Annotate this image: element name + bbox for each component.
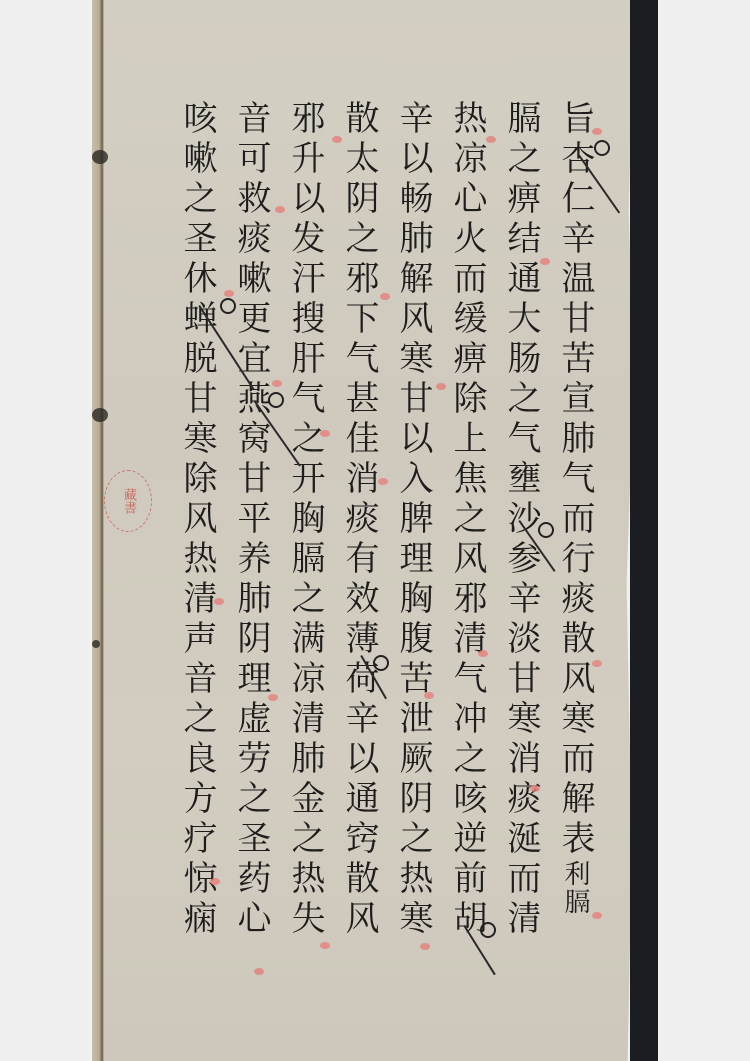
column-text: 热凉心火而缓痹除上焦之风邪清气冲之咳逆前胡 (447, 100, 487, 940)
red-annotation-dot (592, 660, 602, 667)
binding-thread-knot (92, 408, 108, 422)
column-tail-text: 利膈 (560, 860, 590, 916)
red-annotation-dot (530, 785, 540, 792)
binding-thread-knot (92, 150, 108, 164)
punctuation-circle-mark (268, 392, 284, 408)
punctuation-circle-mark (594, 140, 610, 156)
column-text: 散太阴之邪下气甚佳消痰有效薄荷辛以通窍散风 (339, 100, 379, 940)
column-text: 旨杏仁辛温甘苦宣肺气而行痰散风寒而解表 (555, 100, 595, 860)
red-annotation-dot (254, 968, 264, 975)
binding-thread-knot (92, 640, 100, 648)
red-annotation-dot (436, 383, 446, 390)
text-column-8: 咳嗽之圣休蝉脱甘寒除风热清声音之良方疗惊痫 (170, 100, 224, 1030)
red-annotation-dot (214, 598, 224, 605)
column-text: 邪升以发汗搜肝气之开胸膈之满凉清肺金之热失 (285, 100, 325, 940)
punctuation-circle-mark (480, 922, 496, 938)
red-annotation-dot (332, 136, 342, 143)
scan-dark-border (630, 0, 658, 1061)
red-annotation-dot (210, 878, 220, 885)
collector-seal: 藏書 (104, 470, 152, 532)
red-annotation-dot (424, 692, 434, 699)
red-annotation-dot (380, 293, 390, 300)
column-text: 咳嗽之圣休蝉脱甘寒除风热清声音之良方疗惊痫 (177, 100, 217, 940)
column-text: 音可救痰嗽更宜燕窝甘平养肺阴理虚劳之圣药心 (231, 100, 271, 940)
red-annotation-dot (420, 943, 430, 950)
punctuation-circle-mark (220, 298, 236, 314)
punctuation-circle-mark (373, 655, 389, 671)
text-column-5: 散太阴之邪下气甚佳消痰有效薄荷辛以通窍散风 (332, 100, 386, 1030)
red-annotation-dot (275, 206, 285, 213)
text-column-2: 膈之痹结通大肠之气壅沙参辛淡甘寒消痰涎而清 (494, 100, 548, 1030)
red-annotation-dot (320, 942, 330, 949)
red-annotation-dot (540, 258, 550, 265)
red-annotation-dot (486, 136, 496, 143)
red-annotation-dot (320, 430, 330, 437)
column-text: 辛以畅肺解风寒甘以入脾理胸腹苦泄厥阴之热寒 (393, 100, 433, 940)
red-annotation-dot (478, 650, 488, 657)
text-column-7: 音可救痰嗽更宜燕窝甘平养肺阴理虚劳之圣药心 (224, 100, 278, 1030)
red-annotation-dot (592, 128, 602, 135)
text-column-6: 邪升以发汗搜肝气之开胸膈之满凉清肺金之热失 (278, 100, 332, 1030)
text-column-1: 旨杏仁辛温甘苦宣肺气而行痰散风寒而解表利膈 (548, 100, 602, 1030)
text-column-3: 热凉心火而缓痹除上焦之风邪清气冲之咳逆前胡 (440, 100, 494, 1030)
column-text: 膈之痹结通大肠之气壅沙参辛淡甘寒消痰涎而清 (501, 100, 541, 940)
text-column-4: 辛以畅肺解风寒甘以入脾理胸腹苦泄厥阴之热寒 (386, 100, 440, 1030)
red-annotation-dot (224, 290, 234, 297)
red-annotation-dot (592, 912, 602, 919)
text-columns: 旨杏仁辛温甘苦宣肺气而行痰散风寒而解表利膈 膈之痹结通大肠之气壅沙参辛淡甘寒消痰… (170, 100, 602, 1030)
red-annotation-dot (268, 694, 278, 701)
red-annotation-dot (378, 478, 388, 485)
punctuation-circle-mark (538, 522, 554, 538)
red-annotation-dot (272, 380, 282, 387)
